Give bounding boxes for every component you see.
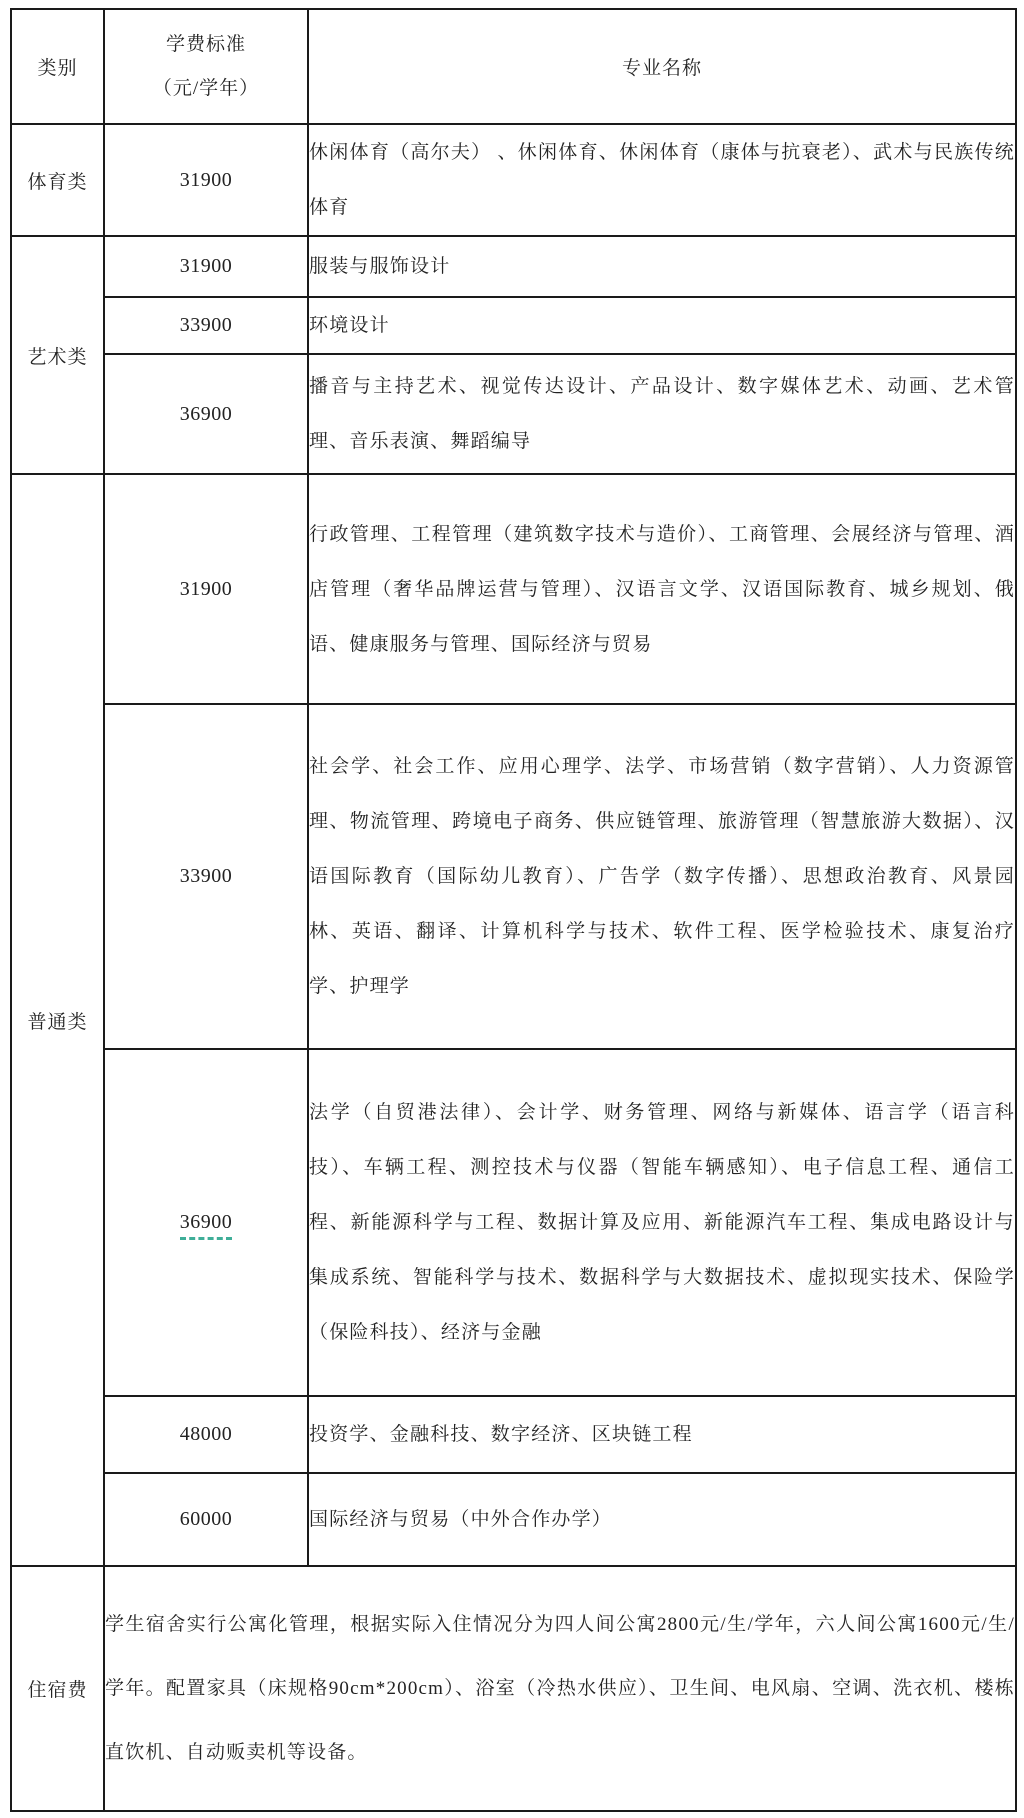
accommodation-text-cell: 学生宿舍实行公寓化管理，根据实际入住情况分为四人间公寓2800元/生/学年，六人… [104,1566,1016,1811]
fee-cell: 60000 [104,1473,308,1566]
header-fee-line2: （元/学年） [105,67,307,111]
table-row-arts-3: 36900 播音与主持艺术、视觉传达设计、产品设计、数字媒体艺术、动画、艺术管理… [11,354,1016,474]
fee-cell: 33900 [104,297,308,354]
majors-cell: 国际经济与贸易（中外合作办学） [308,1473,1016,1566]
table-row-arts-1: 艺术类 31900 服装与服饰设计 [11,236,1016,297]
fee-cell: 31900 [104,474,308,704]
header-fee-cell: 学费标准 （元/学年） [104,9,308,124]
table-row-general-4: 48000 投资学、金融科技、数字经济、区块链工程 [11,1396,1016,1473]
fee-cell-underlined: 36900 [104,1049,308,1396]
majors-cell: 法学（自贸港法律）、会计学、财务管理、网络与新媒体、语言学（语言科技）、车辆工程… [308,1049,1016,1396]
fee-cell: 33900 [104,704,308,1049]
header-majors-cell: 专业名称 [308,9,1016,124]
category-cell-arts: 艺术类 [11,236,104,474]
majors-cell: 服装与服饰设计 [308,236,1016,297]
table-row-arts-2: 33900 环境设计 [11,297,1016,354]
fee-cell: 36900 [104,354,308,474]
category-cell-sports: 体育类 [11,124,104,236]
table-row-general-1: 普通类 31900 行政管理、工程管理（建筑数字技术与造价）、工商管理、会展经济… [11,474,1016,704]
fee-value-dashed-underline: 36900 [180,1211,233,1240]
majors-cell: 环境设计 [308,297,1016,354]
table-header-row: 类别 学费标准 （元/学年） 专业名称 [11,9,1016,124]
table-row-general-3: 36900 法学（自贸港法律）、会计学、财务管理、网络与新媒体、语言学（语言科技… [11,1049,1016,1396]
majors-cell: 社会学、社会工作、应用心理学、法学、市场营销（数字营销）、人力资源管理、物流管理… [308,704,1016,1049]
fee-cell: 48000 [104,1396,308,1473]
majors-cell: 播音与主持艺术、视觉传达设计、产品设计、数字媒体艺术、动画、艺术管理、音乐表演、… [308,354,1016,474]
table-row-general-2: 33900 社会学、社会工作、应用心理学、法学、市场营销（数字营销）、人力资源管… [11,704,1016,1049]
header-category-cell: 类别 [11,9,104,124]
category-cell-accommodation: 住宿费 [11,1566,104,1811]
majors-cell: 投资学、金融科技、数字经济、区块链工程 [308,1396,1016,1473]
fee-cell: 31900 [104,124,308,236]
header-fee-line1: 学费标准 [105,23,307,67]
table-row-sports: 体育类 31900 休闲体育（高尔夫） 、休闲体育、休闲体育（康体与抗衰老）、武… [11,124,1016,236]
table-row-accommodation: 住宿费 学生宿舍实行公寓化管理，根据实际入住情况分为四人间公寓2800元/生/学… [11,1566,1016,1811]
tuition-fee-table: 类别 学费标准 （元/学年） 专业名称 体育类 31900 休闲体育（高尔夫） … [10,8,1017,1812]
fee-cell: 31900 [104,236,308,297]
majors-cell: 休闲体育（高尔夫） 、休闲体育、休闲体育（康体与抗衰老）、武术与民族传统体育 [308,124,1016,236]
category-cell-general: 普通类 [11,474,104,1566]
majors-cell: 行政管理、工程管理（建筑数字技术与造价）、工商管理、会展经济与管理、酒店管理（奢… [308,474,1016,704]
table-row-general-5: 60000 国际经济与贸易（中外合作办学） [11,1473,1016,1566]
